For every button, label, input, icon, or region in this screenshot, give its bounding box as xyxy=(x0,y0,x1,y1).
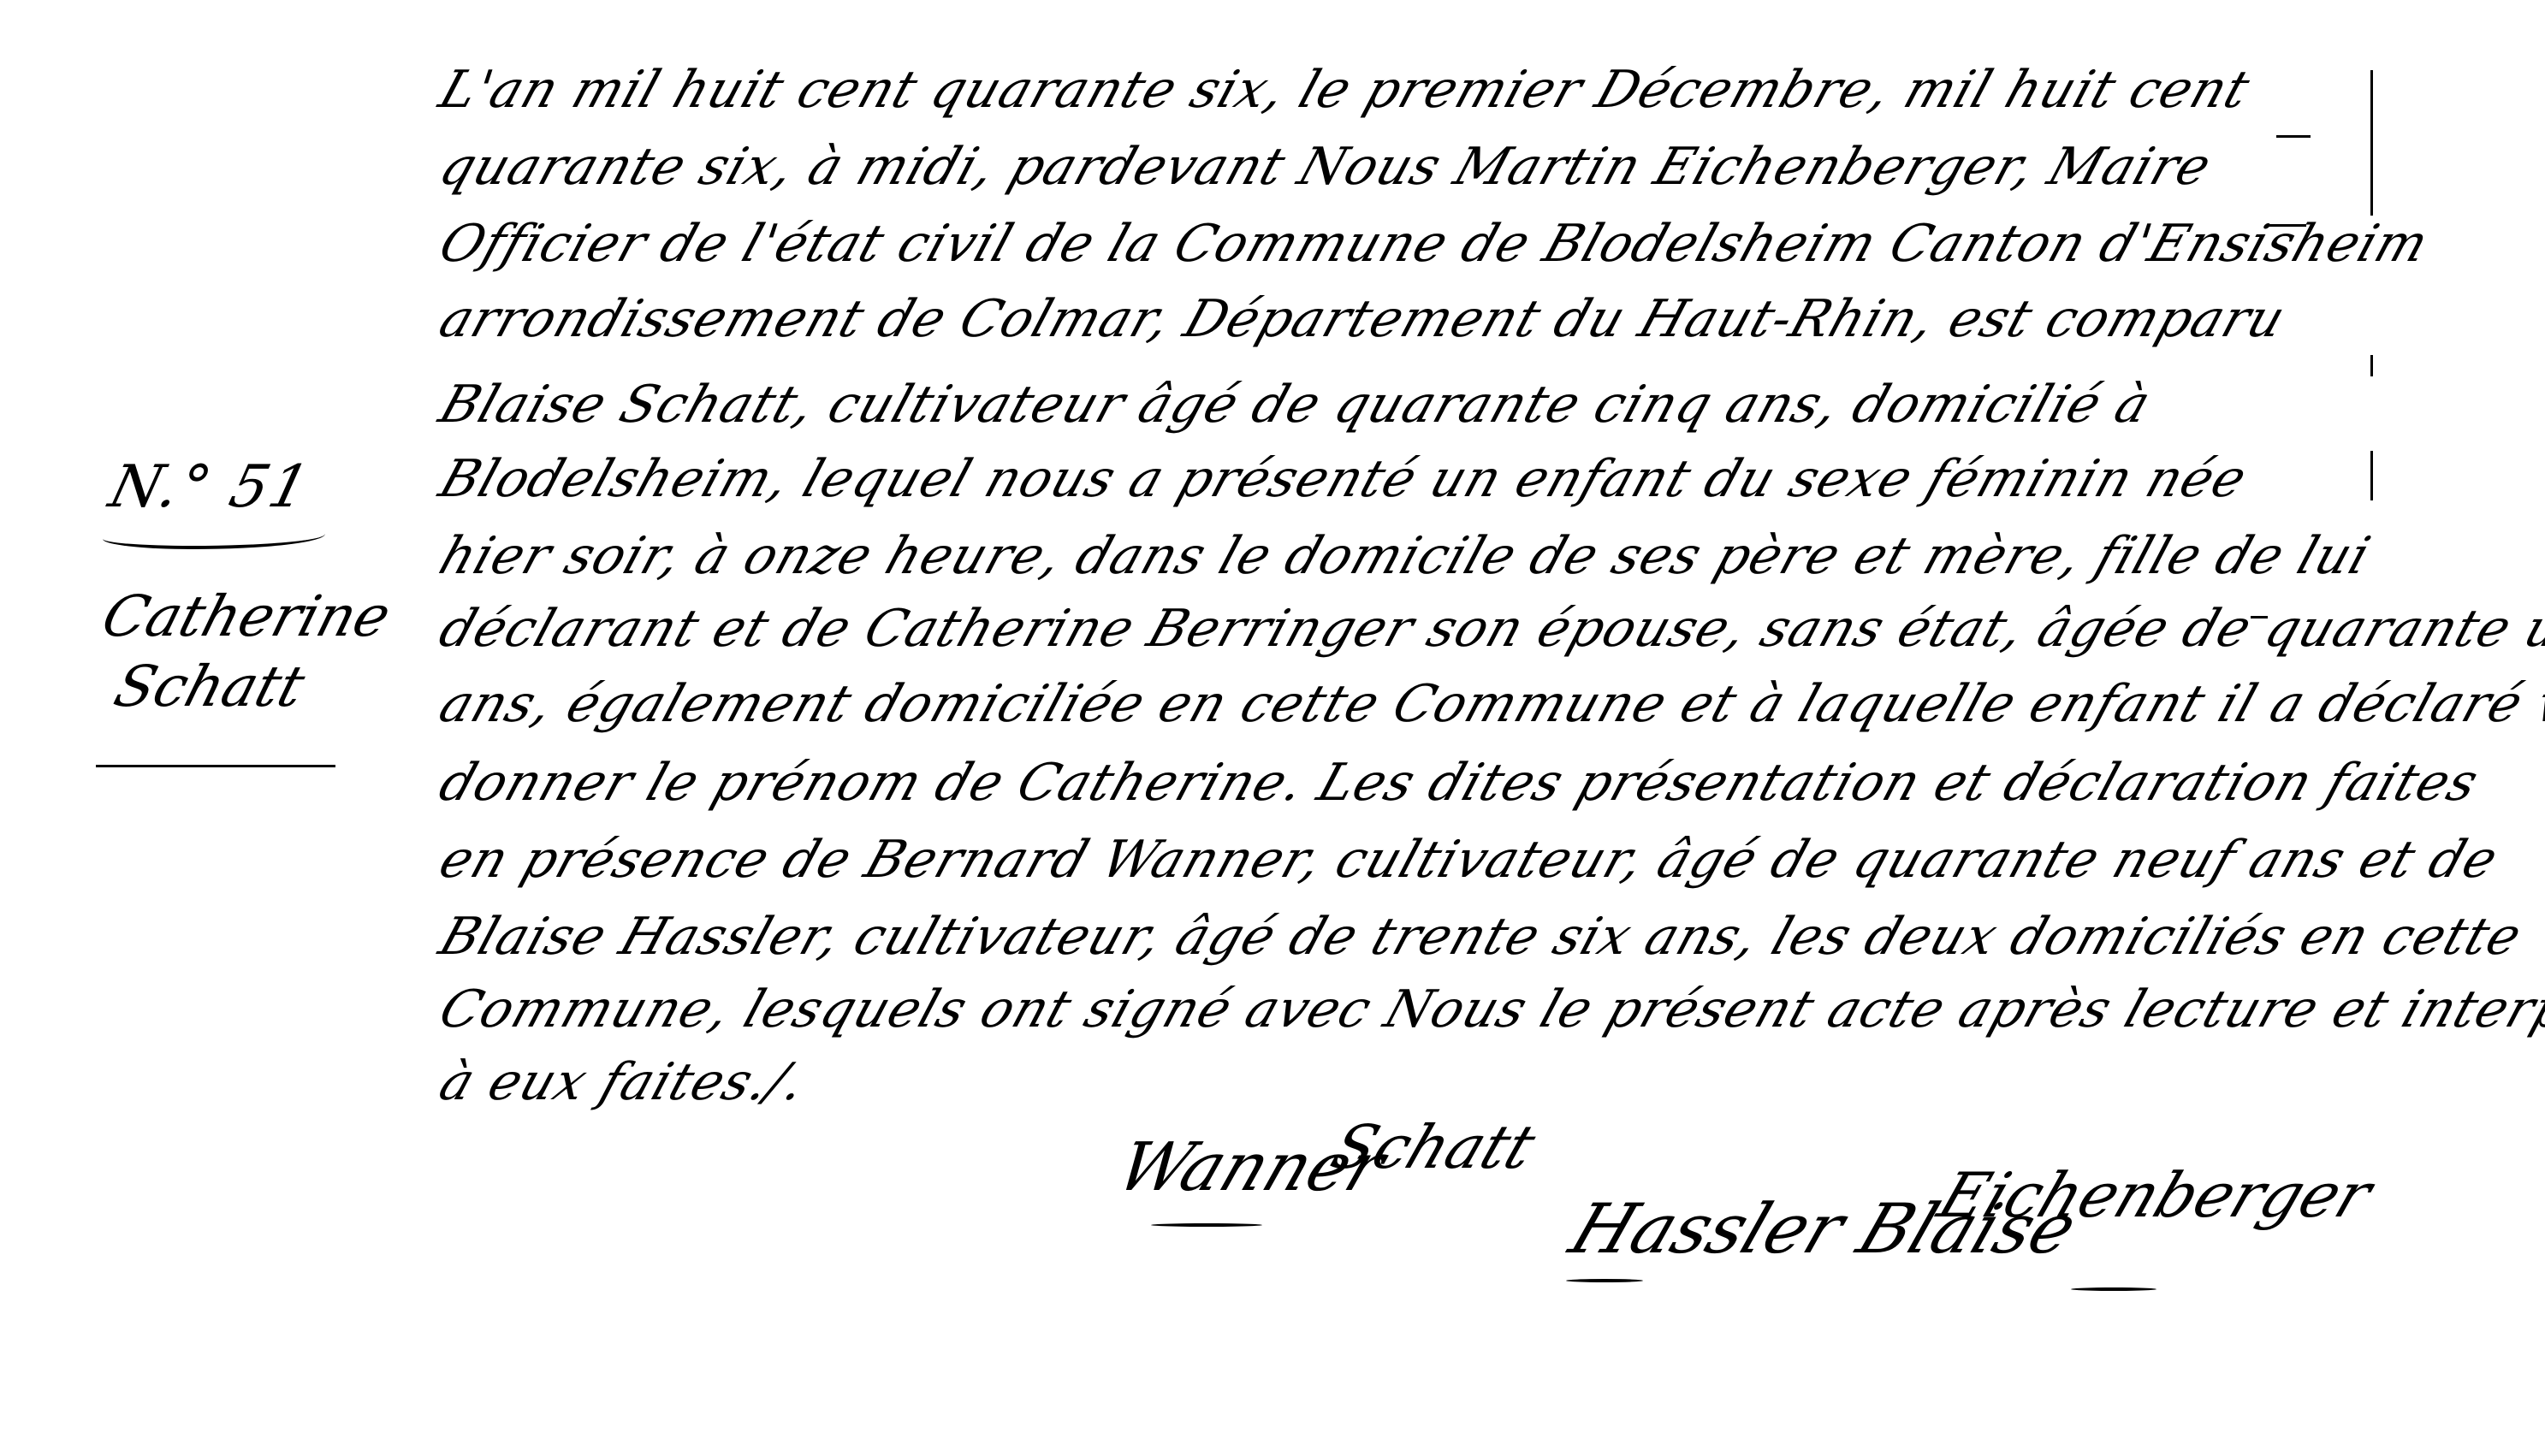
act-line-3: Officier de l'état civil de la Commune d… xyxy=(432,214,2436,274)
line-end-dash xyxy=(2276,135,2311,138)
signature-declarant-schatt: Schatt xyxy=(1322,1112,1545,1182)
signature-flourish xyxy=(1151,1223,1262,1227)
act-line-1: L'an mil huit cent quarante six, le prem… xyxy=(432,60,2257,120)
act-number: N.° 51 xyxy=(103,453,317,521)
act-line-10: donner le prénom de Catherine. Les dites… xyxy=(432,753,2486,813)
act-line-12: Blaise Hassler, cultivateur, âgé de tren… xyxy=(432,907,2530,967)
margin-child-name: Catherine Schatt xyxy=(74,582,398,722)
signature-flourish xyxy=(1566,1279,1643,1282)
act-line-7: hier soir, à onze heure, dans le domicil… xyxy=(432,526,2378,586)
act-line-6: Blodelsheim, lequel nous a présenté un e… xyxy=(432,449,2254,509)
signature-flourish xyxy=(2071,1287,2156,1291)
act-line-8: déclarant et de Catherine Berringer son … xyxy=(432,599,2545,659)
act-line-11: en présence de Bernard Wanner, cultivate… xyxy=(432,830,2506,890)
act-line-9: ans, également domiciliée en cette Commu… xyxy=(432,674,2545,734)
right-margin-rule-segment xyxy=(2370,451,2373,500)
act-number-flourish xyxy=(103,524,325,549)
margin-child-surname: Schatt xyxy=(74,652,378,722)
line-end-dash xyxy=(2251,616,2268,619)
act-line-13: Commune, lesquels ont signé avec Nous le… xyxy=(432,980,2545,1039)
signature-mayor-eichenberger: Eichenberger xyxy=(1930,1159,2382,1231)
right-margin-rule xyxy=(2370,70,2373,216)
register-page: N.° 51 Catherine Schatt L'an mil huit ce… xyxy=(0,0,2545,1456)
margin-child-first-name: Catherine xyxy=(94,582,399,652)
margin-separator-rule xyxy=(96,765,335,767)
right-margin-rule-segment xyxy=(2370,355,2373,376)
act-line-5: Blaise Schatt, cultivateur âgé de quaran… xyxy=(432,375,2158,435)
act-line-14: à eux faites./. xyxy=(432,1052,814,1112)
line-end-dash xyxy=(2268,224,2306,227)
act-line-2: quarante six, à midi, pardevant Nous Mar… xyxy=(432,137,2219,197)
act-line-4: arrondissement de Colmar, Département du… xyxy=(432,289,2293,349)
